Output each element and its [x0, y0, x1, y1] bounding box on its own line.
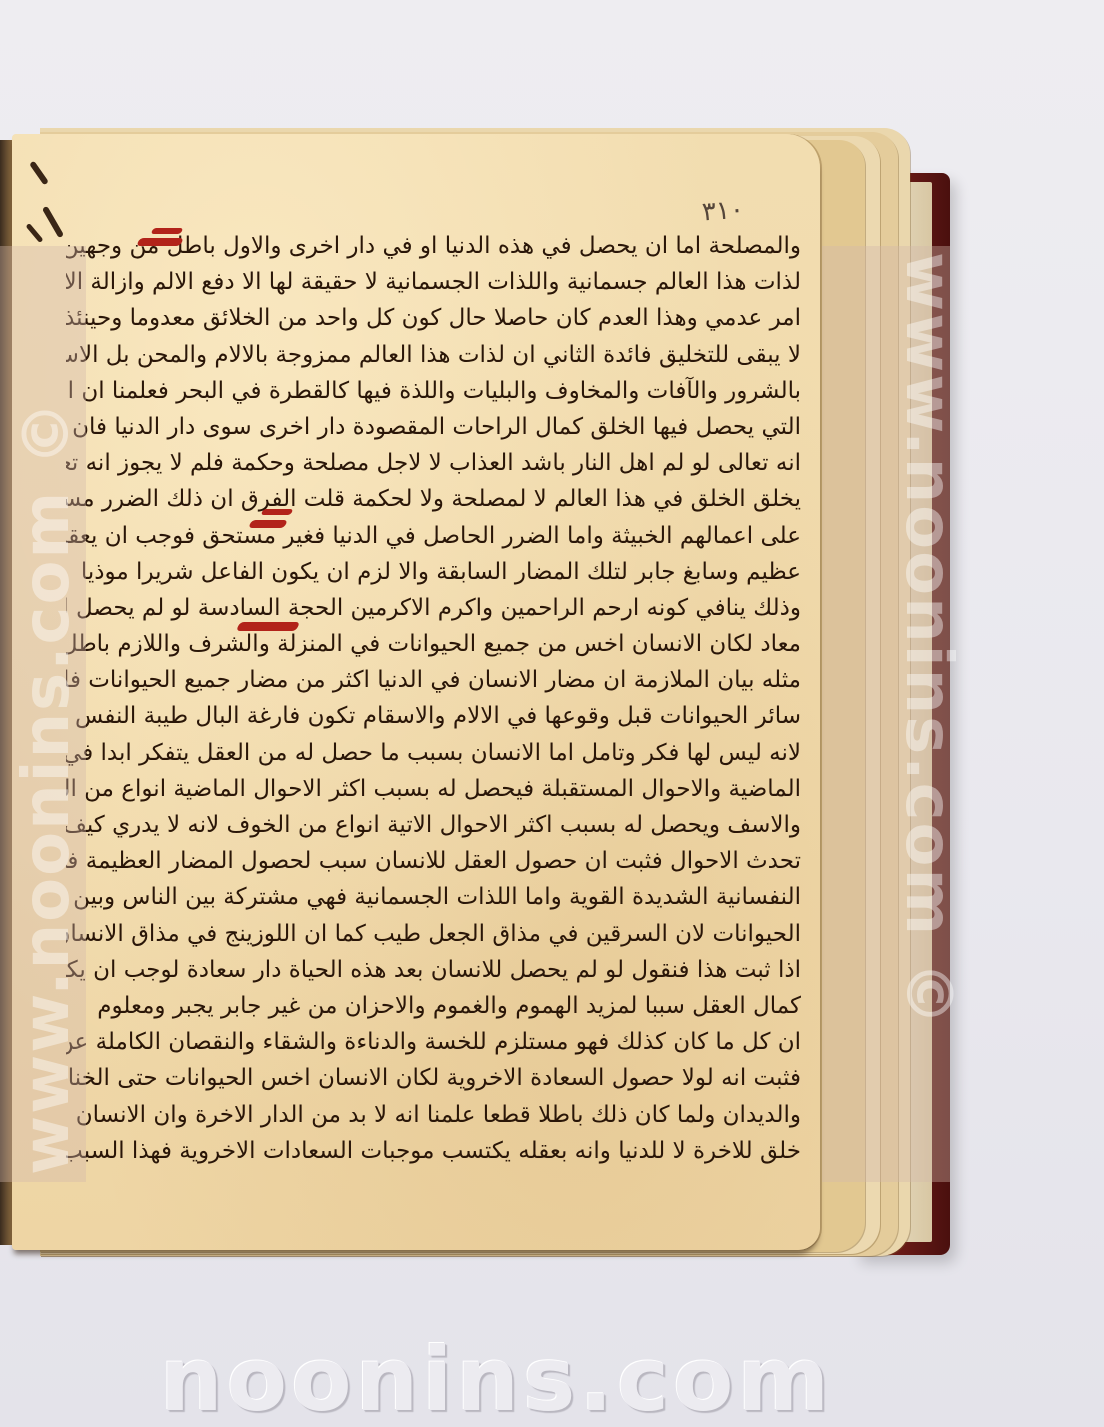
rubric-mark — [248, 520, 288, 528]
folio-number: ٣١٠ — [701, 195, 745, 228]
manuscript-line: كمال العقل سببا لمزيد الهموم والغموم وال… — [66, 988, 801, 1024]
manuscript-line: وذلك ينافي كونه ارحم الراحمين واكرم الاك… — [66, 590, 801, 626]
manuscript-line: بالشرور والآفات والمخاوف والبليات واللذة… — [66, 373, 801, 409]
manuscript-line: ان كل ما كان كذلك فهو مستلزم للخسة والدن… — [66, 1024, 801, 1060]
rubric-mark — [261, 509, 294, 515]
manuscript-line: النفسانية الشديدة القوية واما اللذات الج… — [66, 879, 801, 915]
manuscript-line: انه تعالى لو لم اهل النار باشد العذاب لا… — [66, 445, 801, 481]
rubric-mark — [151, 228, 184, 234]
manuscript-line: لا يبقى للتخليق فائدة الثاني ان لذات هذا… — [66, 337, 801, 373]
manuscript-line: على اعمالهم الخبيثة واما الضرر الحاصل في… — [66, 518, 801, 554]
manuscript-photo: ٣١٠ والمصلحة اما ان يحصل في هذه الدنيا ا… — [0, 0, 1104, 1427]
manuscript-line: التي يحصل فيها الخلق كمال الراحات المقصو… — [66, 409, 801, 445]
manuscript-text: والمصلحة اما ان يحصل في هذه الدنيا او في… — [66, 228, 801, 1169]
manuscript-line: امر عدمي وهذا العدم كان حاصلا حال كون كل… — [66, 300, 801, 336]
manuscript-line: سائر الحيوانات قبل وقوعها في الالام والا… — [66, 698, 801, 734]
manuscript-line: عظيم وسابغ جابر لتلك المضار السابقة والا… — [66, 554, 801, 590]
manuscript-line: تحدث الاحوال فثبت ان حصول العقل للانسان … — [66, 843, 801, 879]
rubric-mark — [136, 238, 184, 246]
manuscript-line: يخلق الخلق في هذا العالم لا لمصلحة ولا ل… — [66, 481, 801, 517]
watermark-vertical-left: www.noonins.com © — [10, 400, 84, 1175]
rubric-mark — [236, 622, 300, 631]
manuscript-line: اذا ثبت هذا فنقول لو لم يحصل للانسان بعد… — [66, 952, 801, 988]
manuscript-line: فثبت انه لولا حصول السعادة الاخروية لكان… — [66, 1060, 801, 1096]
manuscript-line: الحيوانات لان السرقين في مذاق الجعل طيب … — [66, 916, 801, 952]
manuscript-line: خلق للاخرة لا للدنيا وانه بعقله يكتسب مو… — [66, 1133, 801, 1169]
manuscript-line: مثله بيان الملازمة ان مضار الانسان في ال… — [66, 662, 801, 698]
manuscript-line: لانه ليس لها فكر وتامل اما الانسان بسبب … — [66, 735, 801, 771]
watermark-vertical-right: www.noonins.com © — [891, 252, 965, 1027]
manuscript-line: والاسف ويحصل له بسبب اكثر الاحوال الاتية… — [66, 807, 801, 843]
watermark-bottom: noonins.com — [160, 1328, 833, 1427]
manuscript-line: لذات هذا العالم جسمانية واللذات الجسماني… — [66, 264, 801, 300]
manuscript-line: والديدان ولما كان ذلك باطلا قطعا علمنا ا… — [66, 1097, 801, 1133]
manuscript-line: الماضية والاحوال المستقبلة فيحصل له بسبب… — [66, 771, 801, 807]
manuscript-line: معاد لكان الانسان اخس من جميع الحيوانات … — [66, 626, 801, 662]
